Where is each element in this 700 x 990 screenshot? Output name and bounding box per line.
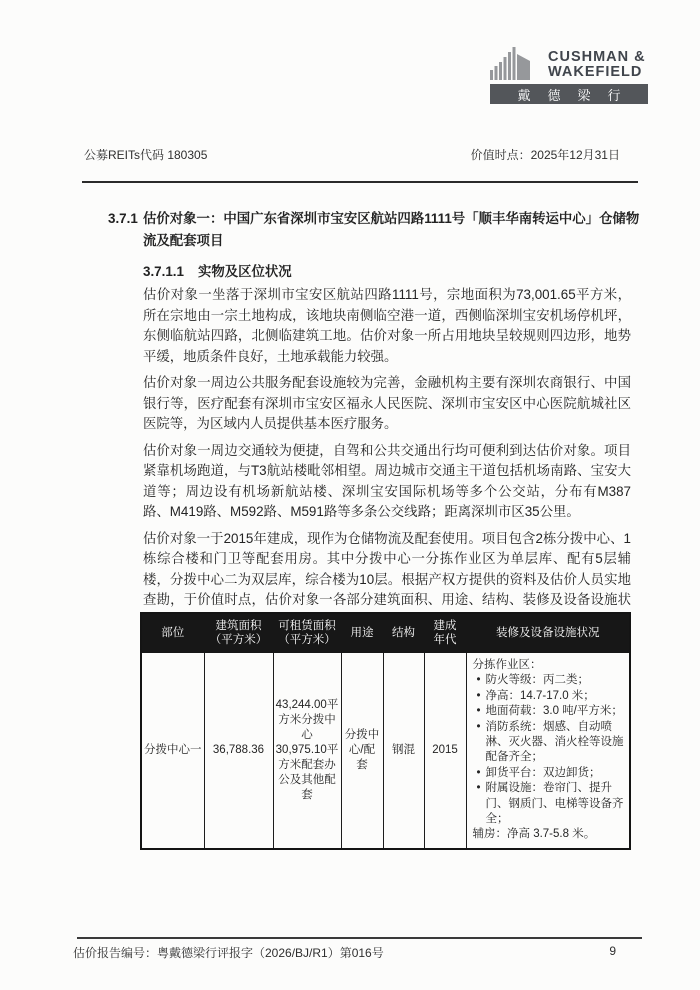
page-number: 9 bbox=[609, 944, 616, 961]
section-title: 估价对象一：中国广东省深圳市宝安区航站四路1111号「顺丰华南转运中心」仓储物流… bbox=[143, 208, 646, 252]
footer-divider bbox=[77, 937, 642, 939]
header-gfa: 建筑面积 （平方米） bbox=[204, 613, 273, 653]
condition-bullet: 消防系统：烟感、自动喷淋、灭火器、消火栓等设施配备齐全； bbox=[477, 720, 626, 766]
header-condition: 装修及设备设施状况 bbox=[466, 613, 630, 653]
section-number: 3.7.1 bbox=[108, 208, 143, 252]
rentable-area-part1: 43,244.00平方米分拨中心 bbox=[276, 698, 339, 743]
table-header-row: 部位 建筑面积 （平方米） 可租赁面积 （平方米） 用途 结构 建成 年代 装修… bbox=[141, 613, 630, 653]
header-year-built: 建成 年代 bbox=[424, 613, 466, 653]
header-structure: 结构 bbox=[383, 613, 424, 653]
logo-chinese-name: 戴德梁行 bbox=[517, 85, 637, 104]
condition-bullet: 地面荷载：3.0 吨/平方米； bbox=[477, 704, 626, 719]
rentable-area-part2: 30,975.10平方米配套办公及其他配套 bbox=[276, 743, 339, 803]
page-header: 公募REITs代码 180305 价值时点：2025年12月31日 bbox=[84, 146, 620, 163]
reit-code-label: 公募REITs代码 180305 bbox=[84, 146, 207, 163]
condition-bullet: 防火等级：丙二类； bbox=[477, 673, 626, 688]
property-detail-table: 部位 建筑面积 （平方米） 可租赁面积 （平方米） 用途 结构 建成 年代 装修… bbox=[140, 612, 631, 850]
body-paragraphs: 估价对象一坐落于深圳市宝安区航站四路1111号，宗地面积为73,001.65平方… bbox=[143, 285, 631, 637]
logo-top: CUSHMAN & WAKEFIELD bbox=[490, 42, 648, 80]
paragraph-transport: 估价对象一周边交通较为便捷，自驾和公共交通出行均可便利到达估价对象。项目紧靠机场… bbox=[143, 441, 631, 523]
section-heading: 3.7.1 估价对象一：中国广东省深圳市宝安区航站四路1111号「顺丰华南转运中… bbox=[108, 208, 648, 252]
page-footer: 估价报告编号：粤戴德梁行评报字（2026/BJ/R1）第016号 9 bbox=[73, 944, 616, 961]
building-bars-icon bbox=[490, 42, 542, 80]
cell-year-built: 2015 bbox=[424, 653, 466, 849]
paragraph-public-services: 估价对象一周边公共服务配套设施较为完善，金融机构主要有深圳农商银行、中国银行等，… bbox=[143, 373, 631, 435]
table-row-distribution-center-1: 分拨中心一 36,788.36 43,244.00平方米分拨中心 30,975.… bbox=[141, 653, 630, 849]
subsection-heading: 3.7.1.1实物及区位状况 bbox=[143, 261, 292, 280]
logo-wordmark: CUSHMAN & WAKEFIELD bbox=[548, 50, 646, 80]
condition-bullet: 净高：14.7-17.0 米； bbox=[477, 689, 626, 704]
report-number-label: 估价报告编号：粤戴德梁行评报字（2026/BJ/R1）第016号 bbox=[73, 944, 384, 961]
condition-intro: 分拣作业区： bbox=[473, 658, 626, 673]
logo-wordmark-line2: WAKEFIELD bbox=[548, 65, 646, 80]
paragraph-location: 估价对象一坐落于深圳市宝安区航站四路1111号，宗地面积为73,001.65平方… bbox=[143, 285, 631, 367]
cell-gfa: 36,788.36 bbox=[204, 653, 273, 849]
header-part: 部位 bbox=[141, 613, 204, 653]
logo-chinese-bar: 戴德梁行 bbox=[490, 84, 648, 104]
logo-wordmark-line1: CUSHMAN & bbox=[548, 50, 646, 65]
condition-outro: 辅房：净高 3.7-5.8 米。 bbox=[473, 827, 626, 842]
subsection-title: 实物及区位状况 bbox=[198, 264, 292, 279]
header-rentable-area: 可租赁面积 （平方米） bbox=[273, 613, 341, 653]
cell-condition: 分拣作业区： 防火等级：丙二类； 净高：14.7-17.0 米； 地面荷载：3.… bbox=[466, 653, 630, 849]
subsection-number: 3.7.1.1 bbox=[143, 264, 184, 279]
cell-rentable-area: 43,244.00平方米分拨中心 30,975.10平方米配套办公及其他配套 bbox=[273, 653, 341, 849]
header-use: 用途 bbox=[341, 613, 383, 653]
cell-part: 分拨中心一 bbox=[141, 653, 204, 849]
condition-bullet: 卸货平台：双边卸货； bbox=[477, 766, 626, 781]
cell-use: 分拨中心/配套 bbox=[341, 653, 383, 849]
value-date-label: 价值时点：2025年12月31日 bbox=[471, 146, 620, 163]
cell-structure: 钢混 bbox=[383, 653, 424, 849]
condition-bullet: 附属设施：卷帘门、提升门、钢质门、电梯等设备齐全； bbox=[477, 781, 626, 827]
header-divider bbox=[82, 181, 638, 183]
condition-bullet-list: 防火等级：丙二类； 净高：14.7-17.0 米； 地面荷载：3.0 吨/平方米… bbox=[473, 673, 626, 827]
report-page: CUSHMAN & WAKEFIELD 戴德梁行 公募REITs代码 18030… bbox=[0, 0, 700, 990]
cushman-wakefield-logo: CUSHMAN & WAKEFIELD 戴德梁行 bbox=[490, 42, 648, 104]
